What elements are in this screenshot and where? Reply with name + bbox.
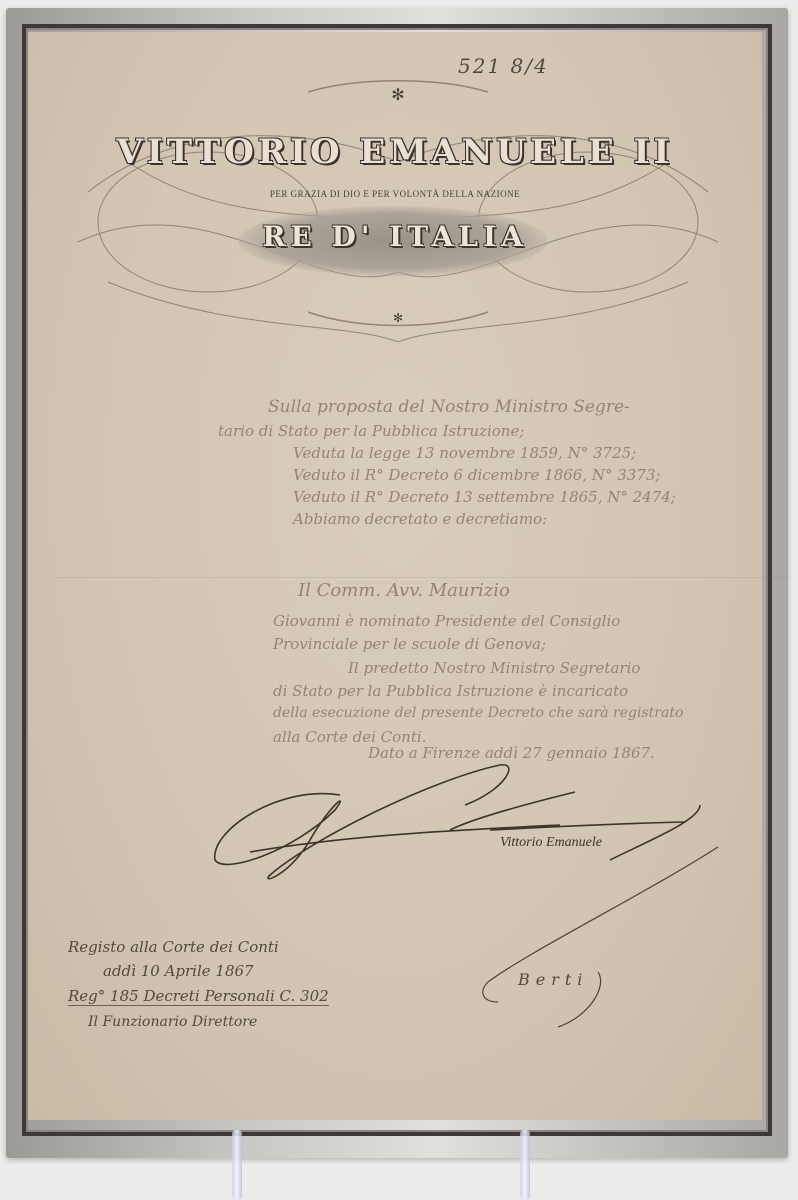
body-line: Giovanni è nominato Presidente del Consi…	[273, 612, 620, 630]
svg-text:✻: ✻	[393, 311, 403, 325]
registration-line: Registo alla Corte dei Conti	[68, 938, 279, 956]
body-line: della esecuzione del presente Decreto ch…	[273, 705, 683, 721]
body-line: Il predetto Nostro Ministro Segretario	[348, 659, 640, 677]
svg-text:✻: ✻	[391, 87, 404, 104]
document-paper: 521 8/4 ✻ ✻ VITTORIO EMANUELE II PER GRA…	[28, 32, 762, 1120]
countersignature: Berti	[518, 970, 588, 989]
body-line: tario di Stato per la Pubblica Istruzion…	[218, 422, 524, 440]
body-line: Abbiamo decretato e decretiamo:	[293, 510, 547, 528]
grace-of-god-subtitle: PER GRAZIA DI DIO E PER VOLONTÀ DELLA NA…	[28, 189, 762, 199]
registration-line: addì 10 Aprile 1867	[103, 962, 254, 980]
body-line: Sulla proposta del Nostro Ministro Segre…	[268, 397, 630, 417]
paper-fold-line	[56, 577, 790, 578]
appointee-name-line: Il Comm. Avv. Maurizio	[298, 580, 510, 601]
body-line: Veduta la legge 13 novembre 1859, N° 372…	[293, 444, 636, 462]
body-line: Provinciale per le scuole di Genova;	[273, 635, 546, 653]
acrylic-stand-right	[520, 1130, 530, 1200]
countersignature-flourish	[468, 842, 728, 1032]
body-line: Veduto il R° Decreto 6 dicembre 1866, N°…	[293, 466, 661, 484]
body-line: di Stato per la Pubblica Istruzione è in…	[273, 682, 628, 700]
acrylic-stand-left	[232, 1130, 242, 1200]
royal-title: RE D' ITALIA	[28, 220, 762, 253]
body-line: Veduto il R° Decreto 13 settembre 1865, …	[293, 488, 676, 506]
registration-line: Reg° 185 Decreti Personali C. 302	[68, 987, 329, 1006]
king-name-heading: VITTORIO EMANUELE II	[28, 132, 762, 172]
registration-line: Il Funzionario Direttore	[88, 1014, 257, 1030]
